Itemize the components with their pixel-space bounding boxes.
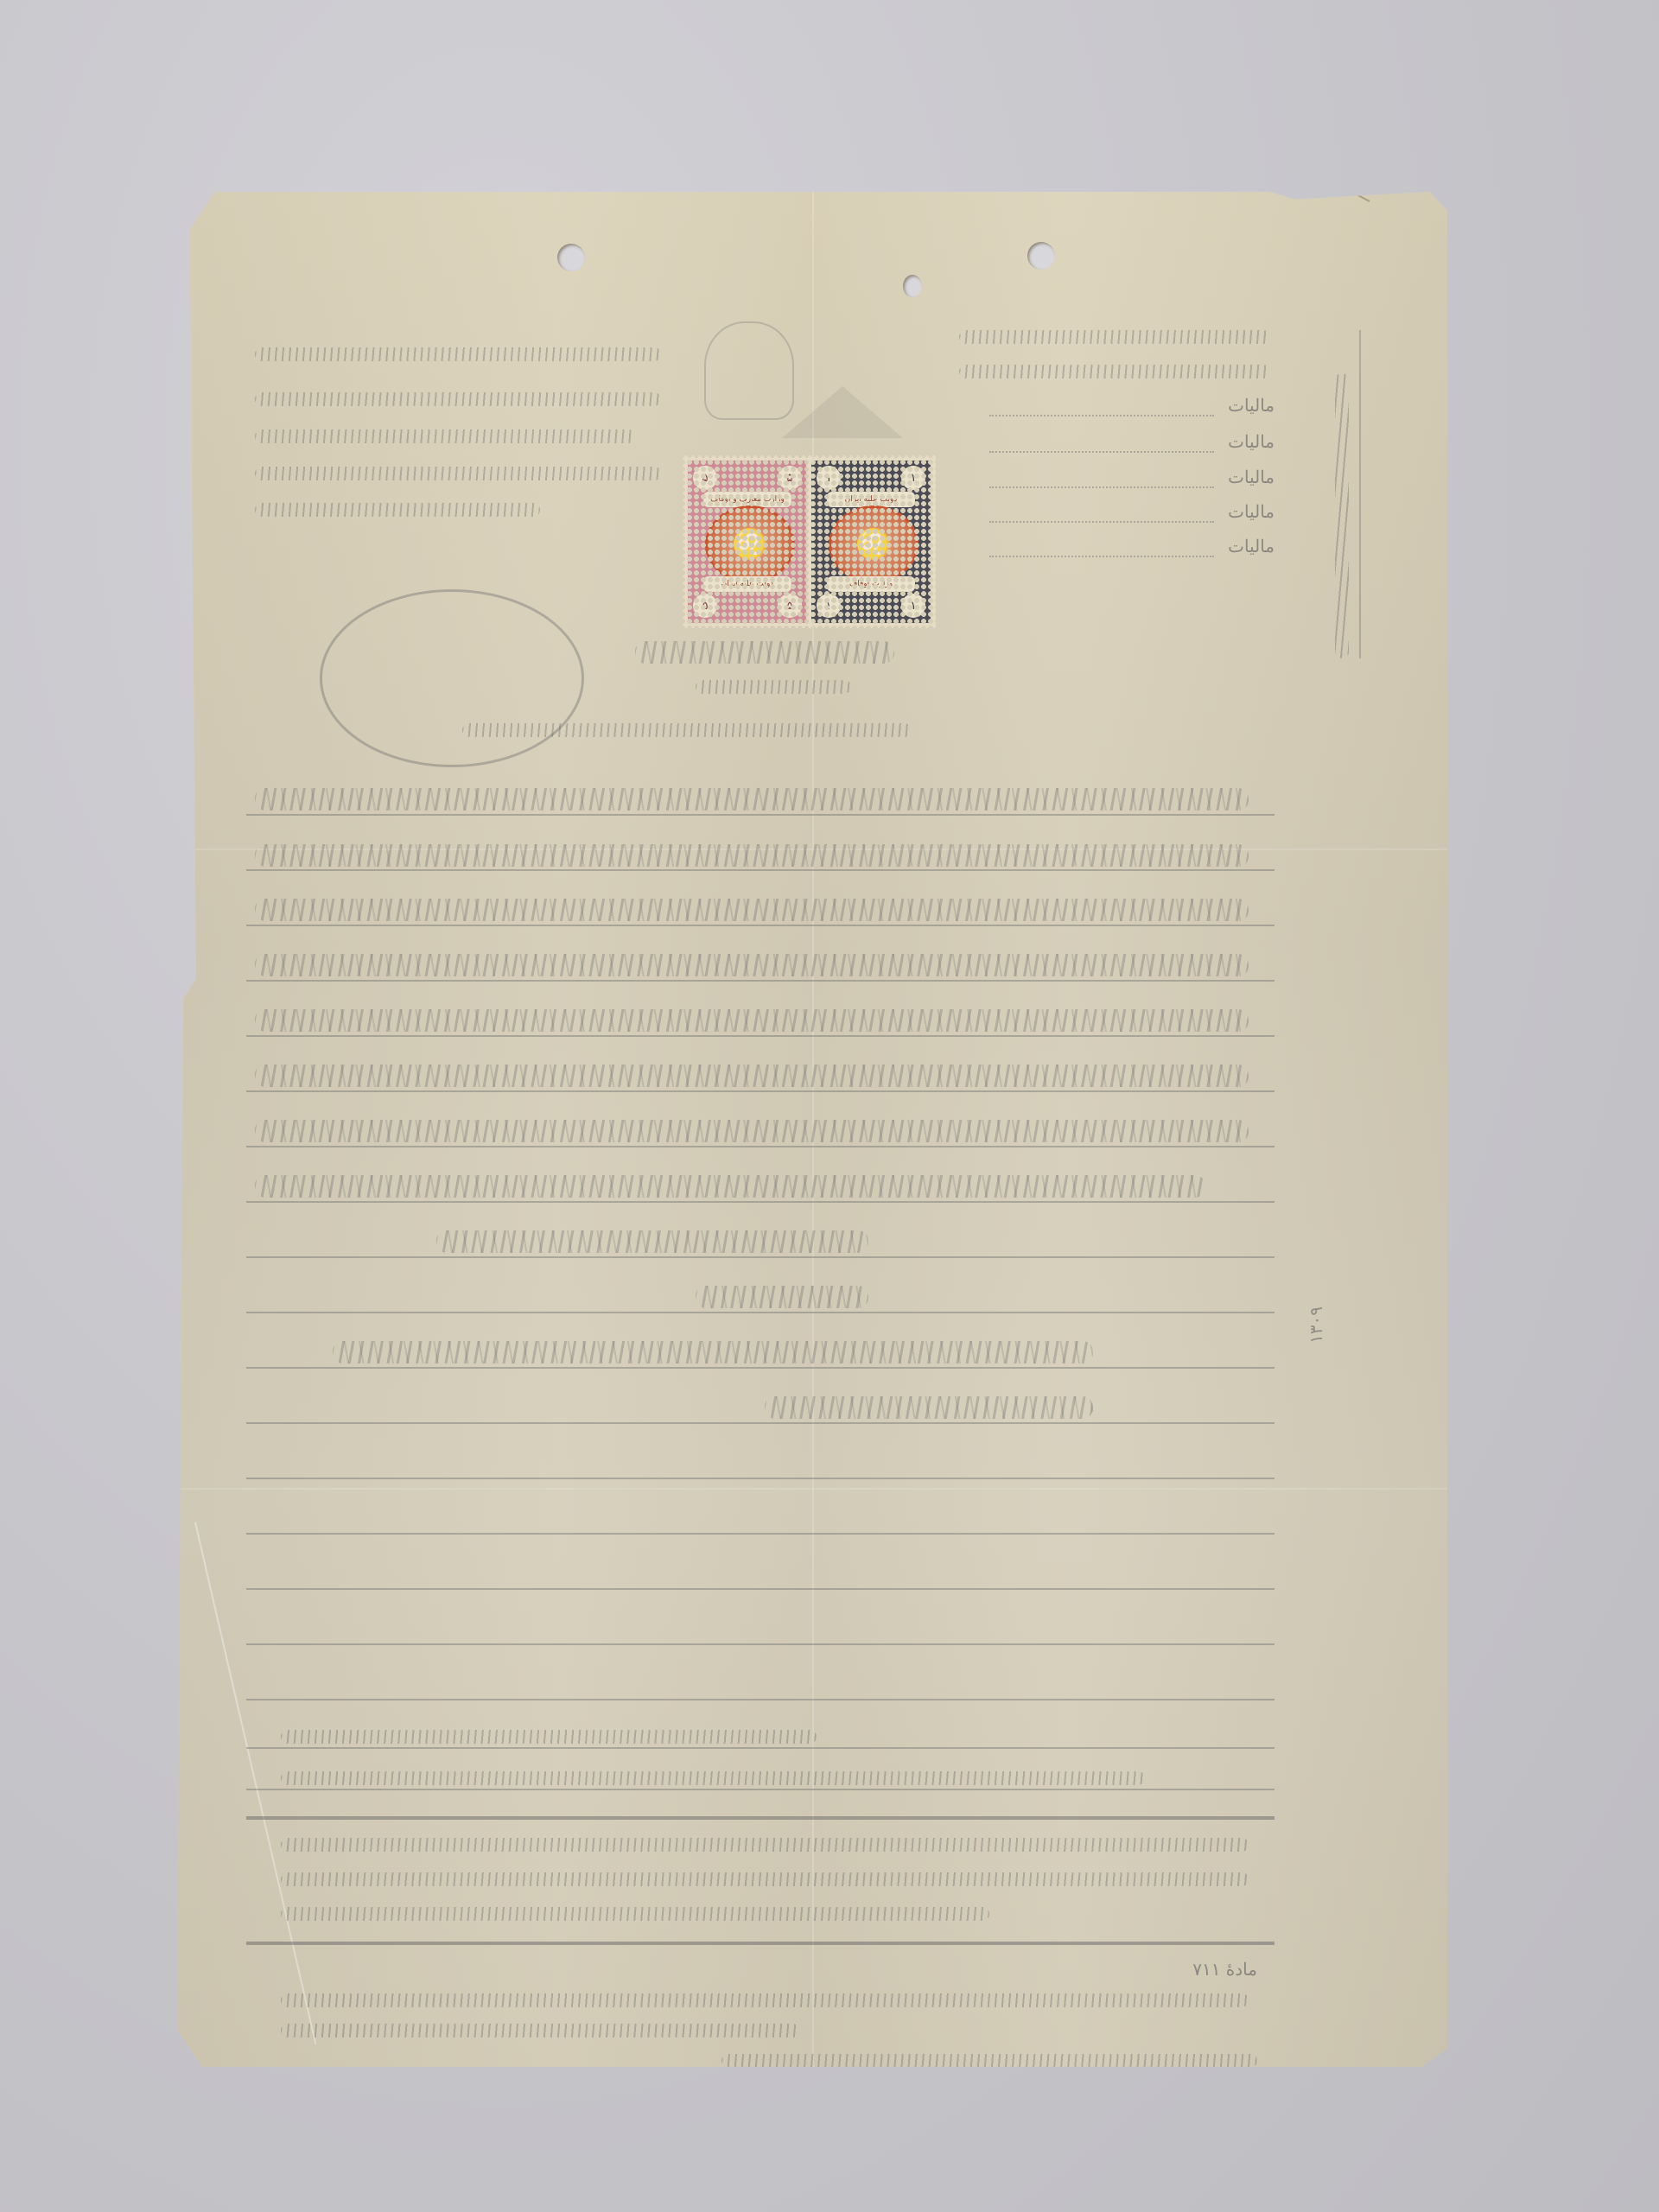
article-reference: مادهٔ ۷۱۱ <box>1192 1959 1257 1980</box>
lion-and-sun-medallion: ♌ <box>829 505 918 583</box>
revenue-stamp-pink: ۵ ۵ ۵ ۵ وزارت معارف و اوقاف ♌ دولت علیه … <box>683 455 812 628</box>
lion-and-sun-emblem <box>704 321 794 420</box>
punch-hole <box>903 275 922 297</box>
lion-and-sun-medallion: ♌ <box>705 505 795 583</box>
top-right-corner-crease <box>1171 95 1370 202</box>
vertical-margin-note <box>1332 330 1361 658</box>
triangle-cancellation-mark <box>782 386 903 438</box>
margin-numeral: ۱۳۰۹ <box>1306 1306 1326 1344</box>
horizontal-fold <box>177 1488 1447 1490</box>
oval-seal <box>320 589 584 767</box>
document-paper: ۵ ۵ ۵ ۵ وزارت معارف و اوقاف ♌ دولت علیه … <box>177 192 1447 2067</box>
punch-hole <box>1027 242 1055 270</box>
revenue-stamp-grey: ۱ ۱ ۱ ۱ دولت علیه ایران ♌ وزارت اوقاف <box>806 455 936 628</box>
punch-hole <box>557 244 585 271</box>
lion-icon: ♌ <box>708 508 792 581</box>
lion-icon: ♌ <box>831 508 916 581</box>
